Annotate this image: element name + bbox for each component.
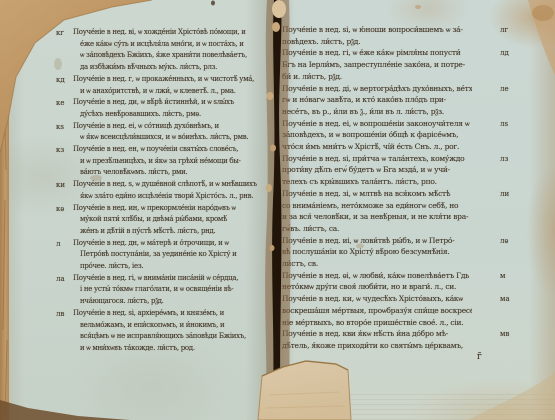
entry-line: ѡ за́повѣдехъ Бжіихъ, я́же храни́ти пове…	[73, 50, 258, 62]
page-block-edge-lines	[325, 394, 555, 420]
entry-line: же́нъ и дѣ́тій в пу́стѣ мѣ́стѣ. ли́стъ, …	[73, 226, 258, 238]
toc-entry: лПоуче́ніе в нед. дн, ѡ ма́терѣ и о́троч…	[56, 238, 258, 273]
entry-line: что́ся и́мъ мни́тъ ѡ Хрістѣ́, чі́й е́сть…	[282, 141, 472, 153]
entry-line: Поуче́ніе в нед. ѕі, архіере́ѡмъ, и княз…	[73, 308, 258, 320]
left-page-toc-entries: кгПоуче́ніе в нед. ві, ѡ хожде́ніи Хріст…	[56, 27, 258, 355]
entry-line: Поуче́ніе в нед. ѕі, при́тча ѡ тала́нтех…	[282, 153, 472, 165]
right-page: лгПоуче́ніе в нед. ѕі, ѡ ю́ноши вопроси́…	[272, 0, 555, 420]
entry-margin-number: лѕ	[500, 119, 508, 131]
entry-margin-number: ле	[500, 84, 509, 96]
entry-line: проти́ву дѣ́лъ егѡ́ бу́детъ ѡ Бга мзда́,…	[282, 164, 472, 176]
entry-margin-number: л	[56, 239, 60, 251]
entry-line: Поуче́ніе в нед. еі, ѡ со́тницѣ духо́внѣ…	[73, 121, 258, 133]
entry-margin-number: кг	[56, 28, 64, 40]
toc-entry: лдПоуче́ніе в нед. гі, ѡ е́же ка́кѡ рімл…	[282, 47, 494, 82]
toc-entry: лвПоуче́ніе в нед. ѕі, архіере́ѡмъ, и кн…	[56, 308, 258, 355]
entry-line: Поуче́ніе в нед. г, ѡ прокаже́нныхъ, и ѡ…	[73, 74, 258, 86]
entry-line: гѡ́въ. ли́стъ, са.	[282, 223, 472, 235]
entry-line: ва́ютъ человѣ́кѡмъ. ли́стъ, рми.	[73, 167, 258, 179]
catchword-signature: г̃	[477, 352, 482, 362]
toc-entry: киПоуче́ніе в нед. ѕ, ѡ душе́вной слѣпот…	[56, 179, 258, 202]
entry-line: Поуче́ніе в нед. зі, ѡ млтвѣ на вся́комъ…	[282, 188, 472, 200]
entry-margin-number: м	[500, 271, 505, 283]
entry-line: вельмо́жамъ, и епи́скопѡмъ, и и́нокимъ, …	[73, 320, 258, 332]
entry-line: Поуче́ніе в нед. ки, ѡ чудесѣ́хъ Хрісто́…	[282, 293, 472, 305]
entry-line: Поуче́ніе в нед. еі, ѡ вопроше́ніи закон…	[282, 118, 472, 130]
entry-line: ду́сѣхъ невѣ́ровавшихъ. ли́стъ, рмѳ.	[73, 109, 258, 121]
entry-line: про́чее. ли́стъ, іез.	[73, 261, 258, 273]
toc-entry: лѕПоуче́ніе в нед. еі, ѡ вопроше́ніи зак…	[282, 118, 494, 153]
toc-entry: кѳПоуче́ніе в нед. ин, ѡ прекормле́ніи н…	[56, 203, 258, 238]
entry-line: нча́ющагося. ли́стъ, рѯд.	[73, 296, 258, 308]
entry-line: му́кой пяти́ хлѣ́бы, и двѣма́ ры́бами, к…	[73, 214, 258, 226]
entry-line: би́ и. ли́стъ, рѯд.	[282, 71, 472, 83]
entry-line: я́кѡ зла́то еди́но исцѣле́нія твори́ Хрі…	[73, 191, 258, 203]
left-page: кгПоуче́ніе в нед. ві, ѡ хожде́ніи Хріст…	[6, 0, 272, 420]
toc-entry: мПоуче́ніе в нед. ѳі, ѡ любви́, ка́кѡ по…	[282, 270, 494, 293]
toc-entry: кдПоуче́ніе в нед. г, ѡ прокаже́нныхъ, и…	[56, 74, 258, 97]
entry-line: несе́тъ, въ р., и́ли въ ѯ., и́ли въ л. л…	[282, 106, 472, 118]
toc-entry: кзПоуче́ніе в нед. ен, ѡ поуче́ніи святы…	[56, 144, 258, 179]
entry-line: е́же ка́кѡ су́ть и исцѣля́ла мно́ги, и ѡ…	[73, 39, 258, 51]
entry-margin-number: кз	[56, 145, 64, 157]
entry-line: Поуче́ніе в нед. кви я́кѡ нѣ́сть и́на до…	[282, 328, 472, 340]
entry-line: Поуче́ніе в нед. ѕі, ѡ ю́ноши вопроси́вш…	[282, 24, 472, 36]
entry-line: воскреша́шя ме́ртвыя, проѡбразу́я спи́ще…	[282, 305, 472, 317]
entry-margin-number: лг	[500, 25, 508, 37]
entry-line: и за вся́ человѣ́ки, и за невѣ́рныя, и н…	[282, 211, 472, 223]
right-page-toc-entries: лгПоуче́ніе в нед. ѕі, ѡ ю́ноши вопроси́…	[282, 24, 494, 352]
toc-entry: лгПоуче́ніе в нед. ѕі, ѡ ю́ноши вопроси́…	[282, 24, 494, 47]
entry-line: ѡ я́кѡ всеисцѣли́вшихся, и ѡ во́инѣхъ. л…	[73, 132, 258, 144]
entry-line: вся́цѣмъ ѡ не исправля́ющихъ за́повѣди Б…	[73, 331, 258, 343]
entry-line: дѣ́тель, я́коже приходи́ти ко святы́мъ ц…	[282, 340, 472, 352]
entry-line: Поуче́ніе в нед. дн, ѡ ма́терѣ и о́трочи…	[73, 238, 258, 250]
toc-entry: мвПоуче́ніе в нед. кви я́кѡ нѣ́сть и́на …	[282, 328, 494, 351]
entry-margin-number: ма	[500, 294, 510, 306]
entry-margin-number: лз	[500, 154, 508, 166]
entry-line: за́повѣдехъ, и ѡ вопроше́ніи о́бщѣ к фар…	[282, 129, 472, 141]
entry-line: и ѡ анахо́ритствѣ, и ѡ лжи́, ѡ клеветѣ́.…	[73, 86, 258, 98]
entry-margin-number: ки	[56, 180, 65, 192]
photo-of-open-book: кгПоуче́ніе в нед. ві, ѡ хожде́ніи Хріст…	[0, 0, 555, 420]
entry-line: Поуче́ніе в нед. ди, ѡ вѣ́рѣ и́стиннѣй, …	[73, 97, 258, 109]
entry-margin-number: мв	[500, 329, 509, 341]
entry-line: и ѡ презѣ́льницѣхъ, и я́кѡ за грѣхи́ не́…	[73, 156, 258, 168]
entry-margin-number: лд	[500, 48, 509, 60]
toc-entry: лаПоуче́ніе в нед. гі, ѡ внима́ніи писа́…	[56, 273, 258, 308]
entry-line: да избѣжи́мъ вѣ́чныхъ му́къ. ли́стъ, рлз…	[73, 62, 258, 74]
toc-entry: лзПоуче́ніе в нед. ѕі, при́тча ѡ тала́нт…	[282, 153, 494, 188]
toc-entry: маПоуче́ніе в нед. ки, ѡ чудесѣ́хъ Хріст…	[282, 293, 494, 328]
entry-line: Поуче́ніе в нед. гі, ѡ е́же ка́кѡ рімля́…	[282, 47, 472, 59]
entry-line: Поуче́ніе в нед. ен, ѡ поуче́ніи святы́х…	[73, 144, 258, 156]
entry-line: гѡ и но́вагѡ завѣ́та, и кто́ како́въ пло…	[282, 94, 472, 106]
toc-entry: кѕПоуче́ніе в нед. еі, ѡ со́тницѣ духо́в…	[56, 121, 258, 144]
entry-line: ніе ме́ртвыхъ, во второ́е прише́ствіе св…	[282, 317, 472, 329]
entry-line: и ѡ мни́хѡвъ та́кожде. ли́стъ, род.	[73, 343, 258, 355]
toc-entry: леПоуче́ніе в нед. ді, ѡ вертогра́дѣхъ д…	[282, 83, 494, 118]
toc-entry: лѳПоуче́ніе в нед. иі, ѡ лови́твѣ ры́бъ,…	[282, 235, 494, 270]
entry-line: і не усты́ то́кмѡ глаго́лати, и ѡ освяще…	[73, 284, 258, 296]
entry-margin-number: кд	[56, 75, 65, 87]
toc-entry: лиПоуче́ніе в нед. зі, ѡ млтвѣ на вся́ко…	[282, 188, 494, 235]
entry-line: Бгъ на Іерли́мъ, запреступле́ніе зако́на…	[282, 59, 472, 71]
entry-line: Поуче́ніе в нед. ві, ѡ хожде́ніи Хрісто́…	[73, 27, 258, 39]
entry-margin-number: ке	[56, 98, 65, 110]
entry-line: телехъ съ кры́вшихъ тала́нтъ. ли́стъ, рп…	[282, 176, 472, 188]
toc-entry: кгПоуче́ніе в нед. ві, ѡ хожде́ніи Хріст…	[56, 27, 258, 74]
entry-line: Поуче́ніе в нед. ді, ѡ вертогра́дѣхъ дух…	[282, 83, 472, 95]
entry-margin-number: ли	[500, 189, 509, 201]
entry-line: Поуче́ніе в нед. ѕ, ѡ душе́вной слѣпотѣ́…	[73, 179, 258, 191]
entry-margin-number: ла	[56, 274, 65, 286]
toc-entry: кеПоуче́ніе в нед. ди, ѡ вѣ́рѣ и́стиннѣй…	[56, 97, 258, 120]
entry-line: нето́кмѡ дру́ги своя́ люби́ти, но и враг…	[282, 281, 472, 293]
entry-line: вѣ послуша́ніи ко Хрісту́ вѣ́рою безсумн…	[282, 246, 472, 258]
entry-line: со внима́ніемъ, нето́кможе за еди́ногѡ с…	[282, 200, 472, 212]
entry-line: Поуче́ніе в нед. ин, ѡ прекормле́ніи нар…	[73, 203, 258, 215]
entry-margin-number: лѳ	[500, 236, 508, 248]
entry-line: ли́стъ, св.	[282, 258, 472, 270]
entry-line: Петро́вѣ поступа́ніи, за уедине́ніе ко Х…	[73, 249, 258, 261]
entry-line: Поуче́ніе в нед. гі, ѡ внима́ніи писа́ні…	[73, 273, 258, 285]
entry-margin-number: кѕ	[56, 122, 64, 134]
entry-line: Поуче́ніе в нед. ѳі, ѡ любви́, ка́кѡ пов…	[282, 270, 472, 282]
entry-margin-number: кѳ	[56, 204, 64, 216]
entry-line: повѣдехъ. ли́стъ, рѯд.	[282, 36, 472, 48]
entry-line: Поуче́ніе в нед. иі, ѡ лови́твѣ ры́бъ, и…	[282, 235, 472, 247]
entry-margin-number: лв	[56, 309, 64, 321]
